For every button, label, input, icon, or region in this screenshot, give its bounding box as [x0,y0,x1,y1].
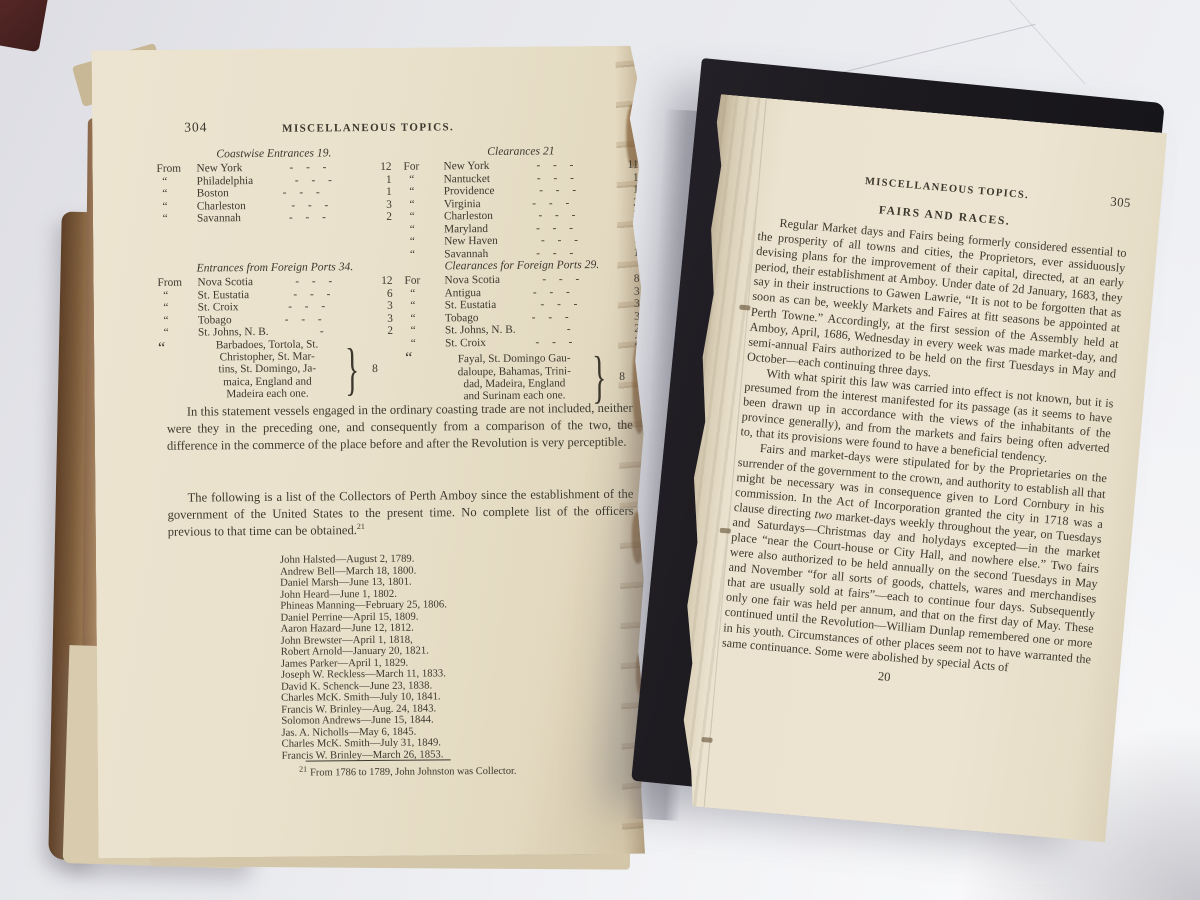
table-coastwise-entrances: Coastwise Entrances 19. From New York - … [156,146,392,263]
running-head: MISCELLANEOUS TOPICS. [92,120,644,137]
footnote-marker: 21 [299,764,307,773]
footnote: 21From 1786 to 1789, John Johnston was C… [198,765,618,780]
paragraph: In this statement vessels engaged in the… [167,400,633,455]
table-title: Clearances 21 [403,144,638,159]
table-foreign-clearances: Clearances for Foreign Ports 29. For Nov… [404,258,640,408]
maroon-cover-corner [0,0,49,52]
table-coastwise-clearances: Clearances 21 For New York - - - 11 “ Na… [403,144,639,261]
brace: } [345,340,359,398]
table-body: For Nova Scotia - - - 8 “ Antigua - - - … [404,273,640,350]
table-body: From New York - - - 12 “ Philadelphia - … [156,161,392,226]
table-title: Coastwise Entrances 19. [156,146,391,161]
table-title: Entrances from Foreign Ports 34. [157,260,392,275]
brace: } [592,348,606,406]
paragraph: The following is a list of the Collector… [167,486,633,541]
right-page: MISCELLANEOUS TOPICS. 305 FAIRS AND RACE… [652,94,1167,843]
page-number: 305 [1088,193,1131,212]
table-group-row: “ Fayal, St. Domingo Gau- daloupe, Baham… [405,348,640,408]
background-crease-line [984,0,1085,85]
collectors-list: John Halsted—August 2, 1789. Andrew Bell… [280,553,448,761]
right-page-content: MISCELLANEOUS TOPICS. 305 FAIRS AND RACE… [652,94,1167,843]
table-group-row: “ Barbadoes, Tortola, St. Christopher, S… [158,337,394,401]
table-foreign-entrances: Entrances from Foreign Ports 34. From No… [157,260,393,410]
table-row: “ Savannah - - - 2 [157,211,392,226]
table-body: For New York - - - 11 “ Nantucket - - - … [403,159,639,261]
table-body: From Nova Scotia - - - 12 “ St. Eustatia… [157,275,393,340]
foreign-ports-tables: Entrances from Foreign Ports 34. From No… [157,258,640,410]
footnote-rule [306,759,451,761]
left-page: 304 MISCELLANEOUS TOPICS. Coastwise Entr… [91,46,650,859]
table-title: Clearances for Foreign Ports 29. [404,258,639,273]
paragraph: Fairs and market-days were stipulated fo… [721,440,1107,683]
coastwise-tables: Coastwise Entrances 19. From New York - … [156,144,639,263]
footnote-marker: 21 [357,522,365,531]
